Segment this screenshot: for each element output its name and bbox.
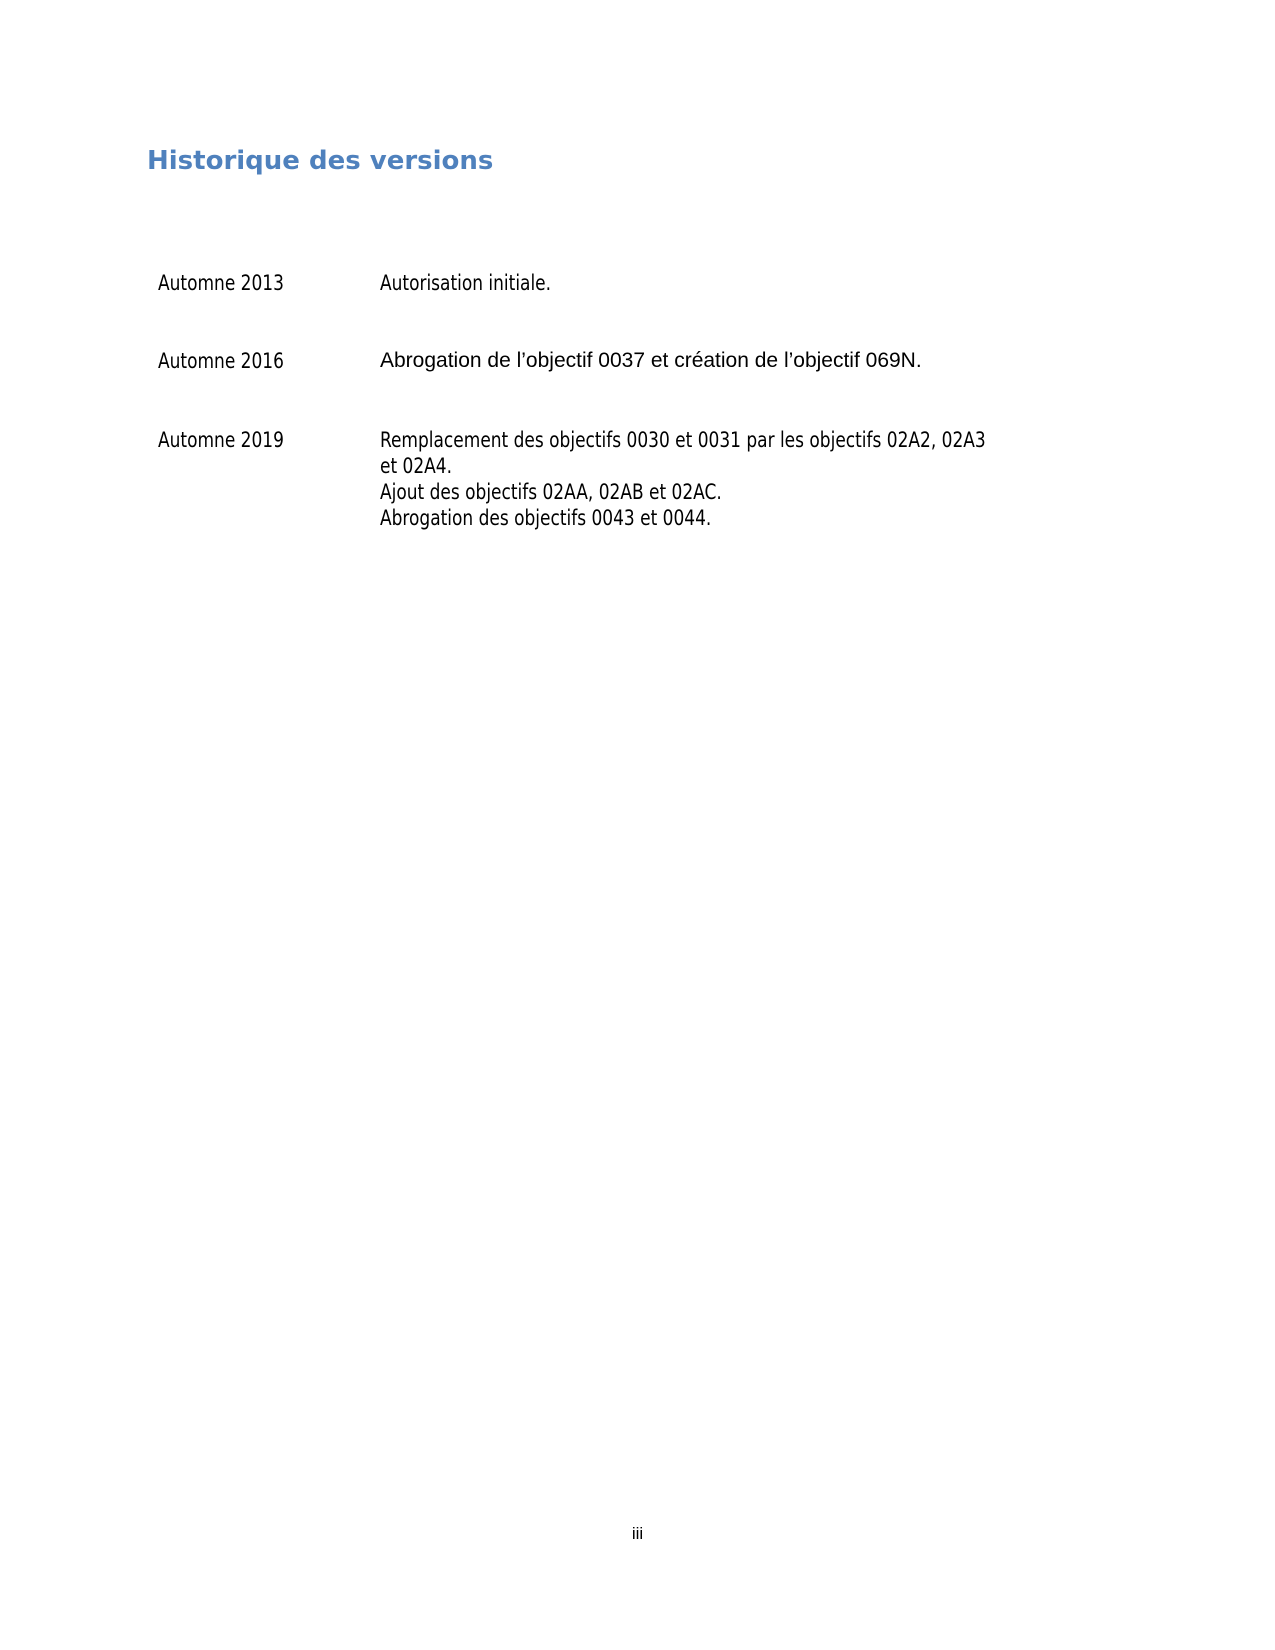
description-line: et 02A4.: [380, 453, 1064, 479]
version-description: Autorisation initiale.: [380, 270, 1140, 296]
version-description: Abrogation de l’objectif 0037 et créatio…: [380, 348, 1140, 374]
description-line: Ajout des objectifs 02AA, 02AB et 02AC.: [380, 479, 1064, 505]
description-line: Abrogation de l’objectif 0037 et créatio…: [380, 348, 1140, 374]
page-number: iii: [0, 1524, 1275, 1544]
version-date: Automne 2013: [158, 270, 284, 296]
description-line: Autorisation initiale.: [380, 270, 1064, 296]
description-line: Abrogation des objectifs 0043 et 0044.: [380, 505, 1064, 531]
page-title: Historique des versions: [147, 146, 493, 176]
version-date: Automne 2019: [158, 427, 284, 453]
description-line: Remplacement des objectifs 0030 et 0031 …: [380, 427, 1064, 453]
version-description: Remplacement des objectifs 0030 et 0031 …: [380, 427, 1140, 531]
version-date: Automne 2016: [158, 348, 284, 374]
